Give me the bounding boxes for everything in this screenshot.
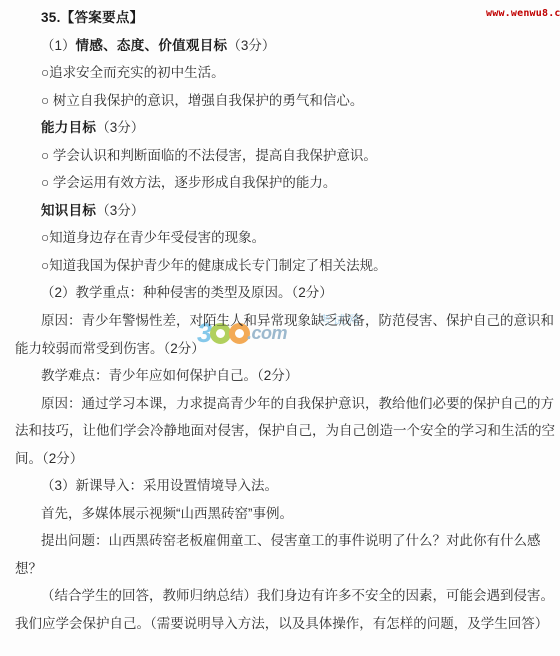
doc-line: 想？ — [15, 555, 560, 583]
doc-text: ○ 学会运用有效方法，逐步形成自我保护的能力。 — [41, 175, 336, 190]
document-body: 35.【答案要点】（1）情感、态度、价值观目标（3分）○追求安全而充实的初中生活… — [0, 0, 560, 638]
doc-line: 原因：青少年警惕性差，对陌生人和异常现象缺乏戒备，防范侵害、保护自己的意识和 — [41, 307, 560, 335]
doc-line: 间。（2分） — [15, 445, 560, 473]
doc-text-bold: 知识目标 — [41, 203, 96, 218]
doc-text: （结合学生的回答，教师归纳总结）我们身边有许多不安全的因素，可能会遇到侵害。 — [41, 588, 554, 603]
doc-text: 能力较弱而常受到伤害。（2分） — [15, 341, 205, 356]
doc-text: 想？ — [15, 561, 42, 576]
doc-line: （结合学生的回答，教师归纳总结）我们身边有许多不安全的因素，可能会遇到侵害。 — [41, 582, 560, 610]
doc-text: 原因：青少年警惕性差，对陌生人和异常现象缺乏戒备，防范侵害、保护自己的意识和 — [41, 313, 554, 328]
doc-text: 教学难点：青少年应如何保护自己。（2分） — [41, 368, 298, 383]
doc-line: ○ 学会认识和判断面临的不法侵害，提高自我保护意识。 — [41, 142, 560, 170]
doc-text: ○ 树立自我保护的意识，增强自我保护的勇气和信心。 — [41, 93, 363, 108]
doc-line: ○追求安全而充实的初中生活。 — [41, 59, 560, 87]
doc-text: ○ 学会认识和判断面临的不法侵害，提高自我保护意识。 — [41, 148, 377, 163]
doc-line: （3）新课导入：采用设置情境导入法。 — [41, 472, 560, 500]
doc-text: （3分） — [96, 120, 144, 135]
doc-line: ○ 树立自我保护的意识，增强自我保护的勇气和信心。 — [41, 87, 560, 115]
doc-text: （3）新课导入：采用设置情境导入法。 — [41, 478, 278, 493]
doc-line: ○知道我国为保护青少年的健康成长专门制定了相关法规。 — [41, 252, 560, 280]
doc-text-bold: 情感、态度、价值观目标 — [76, 38, 228, 53]
doc-line: 提出问题：山西黑砖窑老板雇佣童工、侵害童工的事件说明了什么？对此你有什么感 — [41, 527, 560, 555]
site-url-watermark: www.wenwu8.c — [486, 8, 560, 19]
doc-line: 我们应学会保护自己。（需要说明导入方法，以及具体操作，有怎样的问题，及学生回答） — [15, 610, 560, 638]
doc-line: 教学难点：青少年应如何保护自己。（2分） — [41, 362, 560, 390]
doc-text: 提出问题：山西黑砖窑老板雇佣童工、侵害童工的事件说明了什么？对此你有什么感 — [41, 533, 541, 548]
doc-text: 我们应学会保护自己。（需要说明导入方法，以及具体操作，有怎样的问题，及学生回答） — [15, 616, 548, 631]
doc-text: （2）教学重点：种种侵害的类型及原因。（2分） — [41, 285, 333, 300]
doc-text: （3分） — [96, 203, 144, 218]
doc-line: （1）情感、态度、价值观目标（3分） — [41, 32, 560, 60]
doc-line: 首先，多媒体展示视频“山西黑砖窑”事例。 — [41, 500, 560, 528]
doc-line: （2）教学重点：种种侵害的类型及原因。（2分） — [41, 279, 560, 307]
doc-text: ○知道我国为保护青少年的健康成长专门制定了相关法规。 — [41, 258, 387, 273]
doc-text: （1） — [41, 38, 76, 53]
doc-text: 原因：通过学习本课，力求提高青少年的自我保护意识，教给他们必要的保护自己的方 — [41, 396, 554, 411]
doc-line: 能力目标（3分） — [41, 114, 560, 142]
doc-text-bold: 能力目标 — [41, 120, 96, 135]
doc-text: （3分） — [227, 38, 275, 53]
doc-line: ○知道身边存在青少年受侵害的现象。 — [41, 224, 560, 252]
doc-text: ○知道身边存在青少年受侵害的现象。 — [41, 230, 265, 245]
doc-line: 35.【答案要点】 — [41, 4, 560, 32]
doc-line: 原因：通过学习本课，力求提高青少年的自我保护意识，教给他们必要的保护自己的方 — [41, 390, 560, 418]
answer-key-document-page: www.wenwu8.c 3.com 考试网 35.【答案要点】（1）情感、态度… — [0, 0, 560, 656]
doc-text: 法和技巧，让他们学会冷静地面对侵害，保护自己，为自己创造一个安全的学习和生活的空 — [15, 423, 555, 438]
doc-line: 能力较弱而常受到伤害。（2分） — [15, 335, 560, 363]
doc-line: ○ 学会运用有效方法，逐步形成自我保护的能力。 — [41, 169, 560, 197]
doc-line: 知识目标（3分） — [41, 197, 560, 225]
doc-text: 首先，多媒体展示视频“山西黑砖窑”事例。 — [41, 506, 293, 521]
doc-line: 法和技巧，让他们学会冷静地面对侵害，保护自己，为自己创造一个安全的学习和生活的空 — [15, 417, 560, 445]
doc-text: ○追求安全而充实的初中生活。 — [41, 65, 225, 80]
doc-text-bold: 35.【答案要点】 — [41, 10, 143, 25]
doc-text: 间。（2分） — [15, 451, 83, 466]
